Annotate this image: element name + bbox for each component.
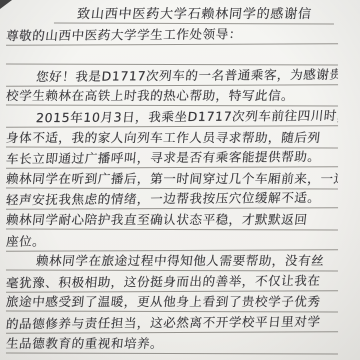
letter-line: 身体不适，我的家人向列车工作人员寻求帮助，随后列 bbox=[6, 126, 338, 148]
handwritten-text: 校学生赖林在高铁上时我的热心帮助，特写此信。 bbox=[6, 86, 295, 106]
handwritten-text: 毫犹豫、积极相助，这份挺身而出的善举，不仅让我在 bbox=[6, 271, 321, 293]
letter-salutation: 尊敬的山西中医药大学学生工作处领导： bbox=[6, 23, 338, 45]
letter-line: 旅途中感受到了温暖，更从他身上看到了贵校学子优秀 bbox=[6, 291, 338, 313]
handwritten-text: 致山西中医药大学石赖林同学的感谢信 bbox=[76, 5, 313, 24]
handwritten-text: 赖林同学在旅途过程中得知他人需要帮助，没有丝 bbox=[6, 251, 325, 271]
handwritten-text: 赖林同学耐心陪护我直至确认状态平稳，才默默返回 bbox=[6, 210, 308, 230]
letter-line: 校学生赖林在高铁上时我的热心帮助，特写此信。 bbox=[6, 85, 338, 107]
handwritten-text: 座位。 bbox=[6, 231, 46, 251]
letter-line: 赖林同学在旅途过程中得知他人需要帮助，没有丝 bbox=[6, 250, 338, 272]
letter-line: 毫犹豫、积极相助，这份挺身而出的善举，不仅让我在 bbox=[6, 270, 338, 292]
handwritten-text: 生品德教育的重视和培养。 bbox=[6, 333, 164, 353]
ruled-lines-area: 致山西中医药大学石赖林同学的感谢信尊敬的山西中医药大学学生工作处领导：您好！我是… bbox=[0, 3, 360, 353]
letter-line: 轻声安抚我焦虑的情绪，一边帮我按压穴位缓解不适。 bbox=[6, 188, 338, 210]
handwritten-text: 您好！我是D1717次列车的一名普通乘客，为感谢贵 bbox=[6, 64, 338, 86]
handwritten-text: 的品德修养与责任担当，这必然离不开学校平日里对学 bbox=[6, 312, 321, 334]
handwritten-text: 赖林同学在听到广播后，第一时间穿过几个车厢前来，一边 bbox=[6, 169, 338, 189]
letter-title: 致山西中医药大学石赖林同学的感谢信 bbox=[54, 3, 334, 24]
letter-line: 赖林同学耐心陪护我直至确认状态平稳，才默默返回 bbox=[6, 208, 338, 230]
letter-line: 座位。 bbox=[6, 229, 338, 251]
letter-blank-line bbox=[6, 44, 338, 66]
handwritten-text: 身体不适，我的家人向列车工作人员寻求帮助，随后列 bbox=[6, 127, 322, 147]
letter-paper: 致山西中医药大学石赖林同学的感谢信尊敬的山西中医药大学学生工作处领导：您好！我是… bbox=[0, 0, 360, 360]
letter-line: 生品德教育的重视和培养。 bbox=[6, 332, 338, 354]
handwritten-text: 尊敬的山西中医药大学学生工作处领导： bbox=[6, 24, 243, 45]
letter-line: 的品德修养与责任担当，这必然离不开学校平日里对学 bbox=[6, 311, 338, 333]
letter-line: 赖林同学在听到广播后，第一时间穿过几个车厢前来，一边 bbox=[6, 167, 338, 189]
handwritten-text: 2015年10月3日，我乘坐D1717次列车前往四川时，突感 bbox=[6, 105, 338, 127]
letter-line: 车长立即通过广播呼叫，寻求是否有乘客能提供帮助。 bbox=[6, 146, 338, 168]
letter-line: 您好！我是D1717次列车的一名普通乘客，为感谢贵 bbox=[6, 64, 338, 86]
letter-line: 2015年10月3日，我乘坐D1717次列车前往四川时，突感 bbox=[6, 105, 338, 127]
handwritten-text: 旅途中感受到了温暖，更从他身上看到了贵校学子优秀 bbox=[6, 292, 322, 312]
handwritten-text: 轻声安抚我焦虑的情绪，一边帮我按压穴位缓解不适。 bbox=[6, 188, 321, 210]
handwritten-text: 车长立即通过广播呼叫，寻求是否有乘客能提供帮助。 bbox=[6, 147, 321, 169]
